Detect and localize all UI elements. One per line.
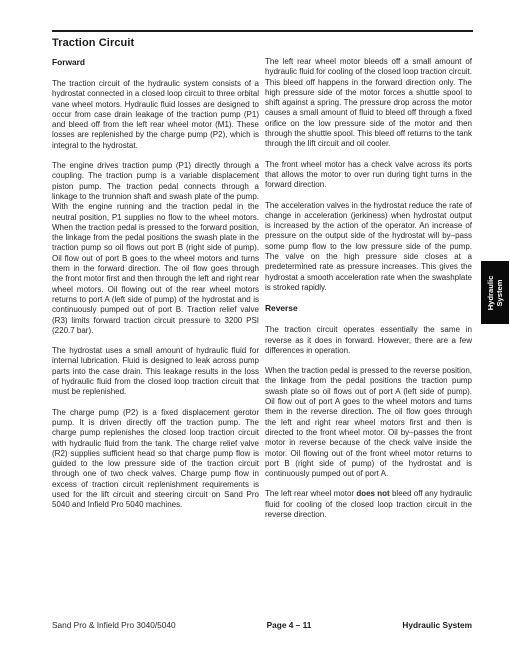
paragraph: The traction circuit of the hydraulic sy… <box>52 79 259 151</box>
paragraph: The traction circuit operates essentiall… <box>265 325 472 356</box>
paragraph: The left rear wheel motor does not bleed… <box>265 489 472 520</box>
paragraph: The hydrostat uses a small amount of hyd… <box>52 346 259 397</box>
side-tab-label-line1: Hydraulic <box>486 275 495 310</box>
paragraph: The acceleration valves in the hydrostat… <box>265 201 472 294</box>
side-tab-label-line2: System <box>495 275 504 310</box>
paragraph: When the traction pedal is pressed to th… <box>265 366 472 479</box>
paragraph: The front wheel motor has a check valve … <box>265 160 472 191</box>
side-tab-label: Hydraulic System <box>486 275 504 310</box>
paragraph: The left rear wheel motor bleeds off a s… <box>265 57 472 150</box>
column-right: The left rear wheel motor bleeds off a s… <box>265 57 472 530</box>
subheading-forward: Forward <box>52 57 259 67</box>
body-columns: ForwardThe traction circuit of the hydra… <box>52 57 472 530</box>
column-left: ForwardThe traction circuit of the hydra… <box>52 57 259 530</box>
section-divider-rule <box>52 30 473 32</box>
side-tab-hydraulic-system: Hydraulic System <box>481 261 509 324</box>
footer-page-number: Page 4 – 11 <box>267 620 312 630</box>
subheading-reverse: Reverse <box>265 303 472 313</box>
paragraph: The charge pump (P2) is a fixed displace… <box>52 408 259 511</box>
page-footer: Sand Pro & Infield Pro 3040/5040 Page 4 … <box>52 620 472 630</box>
footer-section-name: Hydraulic System <box>402 620 472 630</box>
footer-model-name: Sand Pro & Infield Pro 3040/5040 <box>52 620 176 630</box>
paragraph: The engine drives traction pump (P1) dir… <box>52 161 259 336</box>
page-title: Traction Circuit <box>52 37 134 49</box>
